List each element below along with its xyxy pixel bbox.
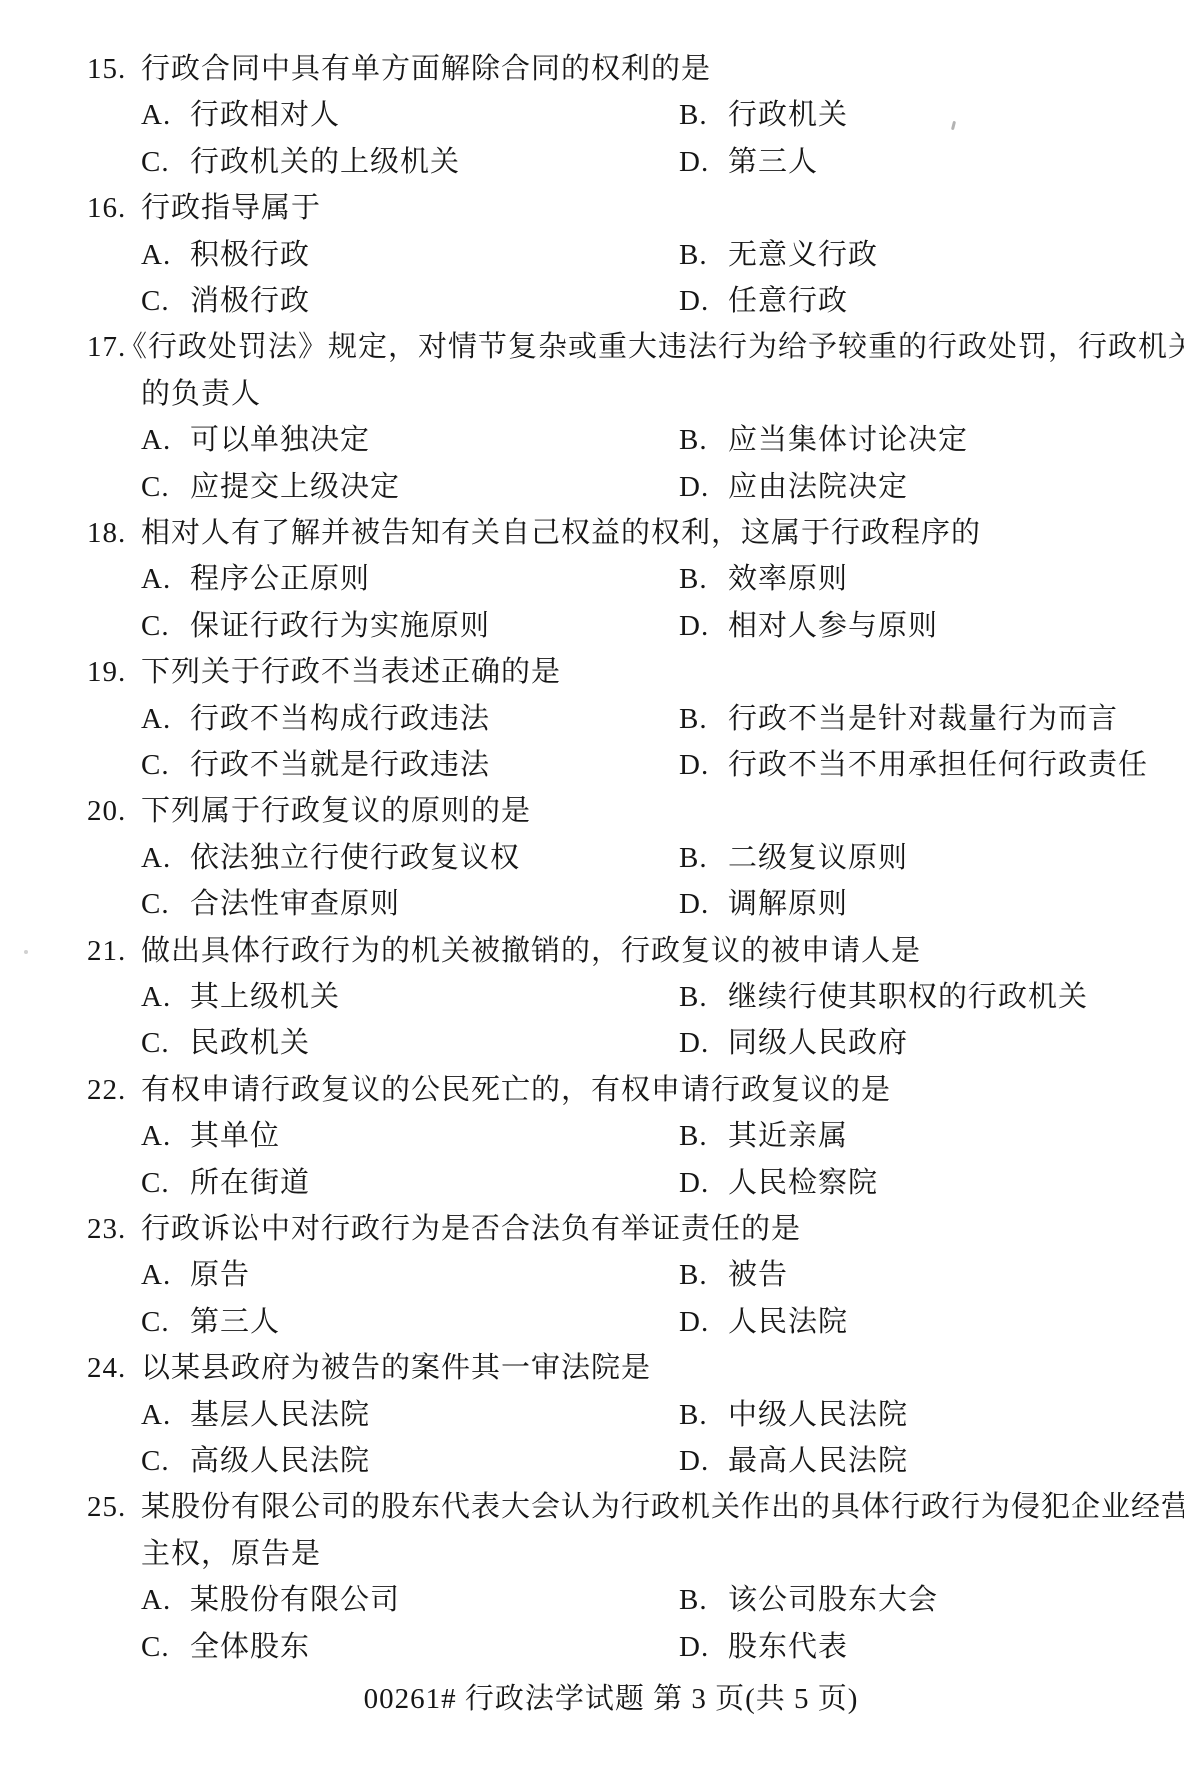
option-cell: B.被告 (679, 1254, 788, 1296)
option-cell: C.所在街道 (141, 1162, 310, 1204)
option-cell: C.高级人民法院 (141, 1440, 370, 1482)
option-text: 全体股东 (190, 1631, 310, 1663)
option-label: C. (141, 1301, 172, 1343)
option-cell: D.人民法院 (679, 1301, 848, 1343)
option-cell: B.无意义行政 (679, 234, 878, 276)
question-row: 23.行政诉讼中对行政行为是否合法负有举证责任的是 (0, 1208, 1184, 1250)
option-cell: B.二级复议原则 (679, 837, 908, 879)
option-label: B. (679, 698, 710, 740)
option-cell: D.行政不当不用承担任何行政责任 (679, 744, 1148, 786)
option-text: 消极行政 (190, 285, 310, 317)
option-text: 行政机关 (728, 99, 848, 131)
option-cell: A.行政相对人 (141, 94, 340, 136)
option-label: D. (679, 1440, 710, 1482)
option-text: 被告 (728, 1259, 788, 1291)
option-label: C. (141, 883, 172, 925)
question-row: 18.相对人有了解并被告知有关自己权益的权利，这属于行政程序的 (0, 512, 1184, 554)
option-cell: B.行政不当是针对裁量行为而言 (679, 698, 1118, 740)
option-label: B. (679, 234, 710, 276)
option-label: A. (141, 976, 172, 1018)
question-row: 25.某股份有限公司的股东代表大会认为行政机关作出的具体行政行为侵犯企业经营自 (0, 1486, 1184, 1528)
option-label: A. (141, 1115, 172, 1157)
option-cell: B.应当集体讨论决定 (679, 419, 968, 461)
question-text: 主权，原告是 (141, 1533, 321, 1575)
option-text: 第三人 (728, 146, 818, 178)
option-label: D. (679, 744, 710, 786)
question-number: 18. (87, 512, 126, 554)
option-text: 行政不当是针对裁量行为而言 (728, 703, 1118, 735)
question-number: 16. (87, 187, 126, 229)
option-cell: B.其近亲属 (679, 1115, 848, 1157)
option-text: 行政不当构成行政违法 (190, 703, 490, 735)
question-text: 相对人有了解并被告知有关自己权益的权利，这属于行政程序的 (141, 512, 981, 554)
options-row: A.积极行政B.无意义行政 (0, 234, 1184, 276)
options-row: C.合法性审查原则D.调解原则 (0, 883, 1184, 925)
option-cell: B.继续行使其职权的行政机关 (679, 976, 1088, 1018)
option-cell: C.保证行政行为实施原则 (141, 605, 490, 647)
option-cell: D.人民检察院 (679, 1162, 878, 1204)
options-row: C.所在街道D.人民检察院 (0, 1162, 1184, 1204)
option-text: 人民法院 (728, 1306, 848, 1338)
options-row: A.其单位B.其近亲属 (0, 1115, 1184, 1157)
option-text: 依法独立行使行政复议权 (190, 842, 520, 874)
option-cell: A.依法独立行使行政复议权 (141, 837, 520, 879)
option-label: C. (141, 141, 172, 183)
option-label: D. (679, 1301, 710, 1343)
option-label: A. (141, 1254, 172, 1296)
question-text: 的负责人 (141, 373, 261, 415)
option-text: 第三人 (190, 1306, 280, 1338)
option-label: D. (679, 605, 710, 647)
option-cell: D.应由法院决定 (679, 466, 908, 508)
option-text: 无意义行政 (728, 239, 878, 271)
option-label: A. (141, 698, 172, 740)
option-text: 二级复议原则 (728, 842, 908, 874)
question-row: 15.行政合同中具有单方面解除合同的权利的是 (0, 48, 1184, 90)
question-number: 23. (87, 1208, 126, 1250)
options-row: A.行政不当构成行政违法B.行政不当是针对裁量行为而言 (0, 698, 1184, 740)
option-cell: D.最高人民法院 (679, 1440, 908, 1482)
option-text: 应提交上级决定 (190, 471, 400, 503)
question-row: 16.行政指导属于 (0, 187, 1184, 229)
question-number: 22. (87, 1069, 126, 1111)
exam-page: 15.行政合同中具有单方面解除合同的权利的是A.行政相对人B.行政机关C.行政机… (0, 0, 1184, 1766)
page-footer: 00261# 行政法学试题 第 3 页(共 5 页) (38, 1678, 1184, 1720)
question-row: 17.《行政处罚法》规定，对情节复杂或重大违法行为给予较重的行政处罚，行政机关 (0, 326, 1184, 368)
option-label: A. (141, 558, 172, 600)
options-row: A.某股份有限公司B.该公司股东大会 (0, 1579, 1184, 1621)
option-cell: C.合法性审查原则 (141, 883, 400, 925)
option-cell: C.消极行政 (141, 280, 310, 322)
option-label: D. (679, 1022, 710, 1064)
option-label: D. (679, 1626, 710, 1668)
option-label: D. (679, 1162, 710, 1204)
option-text: 程序公正原则 (190, 563, 370, 595)
question-number: 19. (87, 651, 126, 693)
question-text: 有权申请行政复议的公民死亡的，有权申请行政复议的是 (141, 1069, 891, 1111)
options-row: A.程序公正原则B.效率原则 (0, 558, 1184, 600)
option-cell: A.原告 (141, 1254, 250, 1296)
question-row: 20.下列属于行政复议的原则的是 (0, 790, 1184, 832)
question-continuation-row: 的负责人 (0, 373, 1184, 415)
option-text: 该公司股东大会 (728, 1584, 938, 1616)
option-text: 合法性审查原则 (190, 888, 400, 920)
option-label: C. (141, 280, 172, 322)
question-text: 以某县政府为被告的案件其一审法院是 (141, 1347, 651, 1389)
option-text: 行政相对人 (190, 99, 340, 131)
option-text: 高级人民法院 (190, 1445, 370, 1477)
option-label: C. (141, 1022, 172, 1064)
option-cell: A.积极行政 (141, 234, 310, 276)
option-cell: C.行政机关的上级机关 (141, 141, 460, 183)
scan-speck (24, 950, 28, 954)
option-cell: B.行政机关 (679, 94, 848, 136)
options-row: C.第三人D.人民法院 (0, 1301, 1184, 1343)
option-text: 其上级机关 (190, 981, 340, 1013)
option-text: 行政不当不用承担任何行政责任 (728, 749, 1148, 781)
option-cell: D.同级人民政府 (679, 1022, 908, 1064)
option-label: B. (679, 1115, 710, 1157)
options-row: C.行政不当就是行政违法D.行政不当不用承担任何行政责任 (0, 744, 1184, 786)
option-text: 可以单独决定 (190, 424, 370, 456)
options-row: C.民政机关D.同级人民政府 (0, 1022, 1184, 1064)
option-label: B. (679, 1394, 710, 1436)
option-label: C. (141, 1626, 172, 1668)
option-cell: C.全体股东 (141, 1626, 310, 1668)
option-text: 其近亲属 (728, 1120, 848, 1152)
question-row: 22.有权申请行政复议的公民死亡的，有权申请行政复议的是 (0, 1069, 1184, 1111)
option-text: 效率原则 (728, 563, 848, 595)
question-number: 15. (87, 48, 126, 90)
option-text: 行政机关的上级机关 (190, 146, 460, 178)
option-cell: A.可以单独决定 (141, 419, 370, 461)
option-label: B. (679, 837, 710, 879)
option-label: B. (679, 976, 710, 1018)
option-text: 原告 (190, 1259, 250, 1291)
option-label: C. (141, 466, 172, 508)
question-text: 某股份有限公司的股东代表大会认为行政机关作出的具体行政行为侵犯企业经营自 (141, 1486, 1184, 1528)
option-text: 调解原则 (728, 888, 848, 920)
option-label: C. (141, 1162, 172, 1204)
option-text: 行政不当就是行政违法 (190, 749, 490, 781)
option-label: B. (679, 94, 710, 136)
option-text: 股东代表 (728, 1631, 848, 1663)
question-text: 行政合同中具有单方面解除合同的权利的是 (141, 48, 711, 90)
options-row: C.消极行政D.任意行政 (0, 280, 1184, 322)
option-label: B. (679, 419, 710, 461)
question-continuation-row: 主权，原告是 (0, 1533, 1184, 1575)
option-text: 最高人民法院 (728, 1445, 908, 1477)
question-row: 21.做出具体行政行为的机关被撤销的，行政复议的被申请人是 (0, 930, 1184, 972)
option-label: A. (141, 837, 172, 879)
option-label: A. (141, 1394, 172, 1436)
option-label: B. (679, 1254, 710, 1296)
options-row: C.全体股东D.股东代表 (0, 1626, 1184, 1668)
option-label: D. (679, 280, 710, 322)
option-cell: A.基层人民法院 (141, 1394, 370, 1436)
option-text: 某股份有限公司 (190, 1584, 400, 1616)
option-cell: A.某股份有限公司 (141, 1579, 400, 1621)
question-number: 20. (87, 790, 126, 832)
option-label: B. (679, 1579, 710, 1621)
option-label: D. (679, 141, 710, 183)
option-cell: D.第三人 (679, 141, 818, 183)
question-number: 24. (87, 1347, 126, 1389)
question-number: 21. (87, 930, 126, 972)
question-text: 行政指导属于 (141, 187, 321, 229)
option-text: 任意行政 (728, 285, 848, 317)
option-label: A. (141, 234, 172, 276)
option-text: 同级人民政府 (728, 1027, 908, 1059)
option-text: 应当集体讨论决定 (728, 424, 968, 456)
option-cell: D.股东代表 (679, 1626, 848, 1668)
option-text: 应由法院决定 (728, 471, 908, 503)
option-cell: A.行政不当构成行政违法 (141, 698, 490, 740)
option-cell: C.应提交上级决定 (141, 466, 400, 508)
options-row: A.基层人民法院B.中级人民法院 (0, 1394, 1184, 1436)
option-text: 继续行使其职权的行政机关 (728, 981, 1088, 1013)
option-text: 保证行政行为实施原则 (190, 610, 490, 642)
options-row: C.高级人民法院D.最高人民法院 (0, 1440, 1184, 1482)
question-number: 25. (87, 1486, 126, 1528)
option-text: 民政机关 (190, 1027, 310, 1059)
option-cell: A.其上级机关 (141, 976, 340, 1018)
option-label: A. (141, 94, 172, 136)
option-text: 其单位 (190, 1120, 280, 1152)
options-row: C.保证行政行为实施原则D.相对人参与原则 (0, 605, 1184, 647)
option-cell: D.调解原则 (679, 883, 848, 925)
option-label: C. (141, 1440, 172, 1482)
question-row: 24.以某县政府为被告的案件其一审法院是 (0, 1347, 1184, 1389)
options-row: A.原告B.被告 (0, 1254, 1184, 1296)
option-cell: A.程序公正原则 (141, 558, 370, 600)
option-cell: B.中级人民法院 (679, 1394, 908, 1436)
options-row: A.行政相对人B.行政机关 (0, 94, 1184, 136)
option-label: B. (679, 558, 710, 600)
option-text: 所在街道 (190, 1167, 310, 1199)
question-text: 行政诉讼中对行政行为是否合法负有举证责任的是 (141, 1208, 801, 1250)
question-row: 19.下列关于行政不当表述正确的是 (0, 651, 1184, 693)
option-label: C. (141, 605, 172, 647)
option-cell: D.任意行政 (679, 280, 848, 322)
question-text: 做出具体行政行为的机关被撤销的，行政复议的被申请人是 (141, 930, 921, 972)
option-text: 中级人民法院 (728, 1399, 908, 1431)
option-cell: B.该公司股东大会 (679, 1579, 938, 1621)
option-cell: C.行政不当就是行政违法 (141, 744, 490, 786)
options-row: A.可以单独决定B.应当集体讨论决定 (0, 419, 1184, 461)
option-label: A. (141, 419, 172, 461)
option-text: 人民检察院 (728, 1167, 878, 1199)
option-cell: C.第三人 (141, 1301, 280, 1343)
options-row: C.应提交上级决定D.应由法院决定 (0, 466, 1184, 508)
option-text: 相对人参与原则 (728, 610, 938, 642)
option-cell: C.民政机关 (141, 1022, 310, 1064)
option-cell: A.其单位 (141, 1115, 280, 1157)
option-text: 积极行政 (190, 239, 310, 271)
option-cell: D.相对人参与原则 (679, 605, 938, 647)
option-text: 基层人民法院 (190, 1399, 370, 1431)
option-label: A. (141, 1579, 172, 1621)
question-text: 下列属于行政复议的原则的是 (141, 790, 531, 832)
question-text: 下列关于行政不当表述正确的是 (141, 651, 561, 693)
option-label: D. (679, 883, 710, 925)
options-row: C.行政机关的上级机关D.第三人 (0, 141, 1184, 183)
option-cell: B.效率原则 (679, 558, 848, 600)
option-label: C. (141, 744, 172, 786)
option-label: D. (679, 466, 710, 508)
options-row: A.其上级机关B.继续行使其职权的行政机关 (0, 976, 1184, 1018)
options-row: A.依法独立行使行政复议权B.二级复议原则 (0, 837, 1184, 879)
question-text: 《行政处罚法》规定，对情节复杂或重大违法行为给予较重的行政处罚，行政机关 (118, 326, 1184, 368)
